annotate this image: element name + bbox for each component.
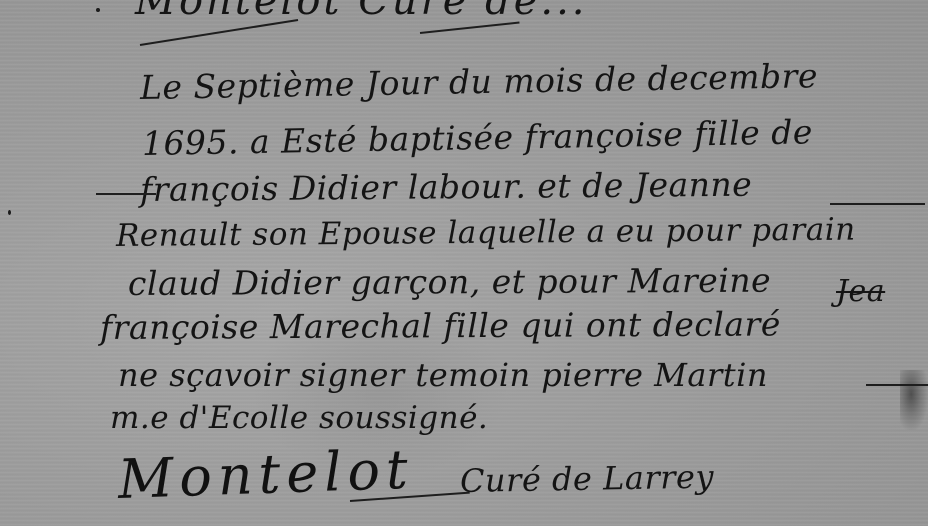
record-line-6: françoise Marechal fille qui ont declaré: [100, 304, 781, 347]
ink-blot: [900, 370, 928, 430]
document-scan: Montelot Curé de... Le Septième Jour du …: [0, 0, 928, 526]
line-filler: [830, 203, 925, 205]
ink-dot: [96, 8, 100, 12]
record-line-4: Renault son Epouse laquelle a eu pour pa…: [116, 212, 856, 254]
record-line-3: françois Didier labour. et de Jeanne: [140, 165, 753, 209]
signature-title: Curé de Larrey: [460, 458, 715, 500]
record-line-7: ne sçavoir signer temoin pierre Martin: [118, 356, 768, 394]
line-filler: [866, 384, 928, 386]
record-line-8: m.e d'Ecolle soussigné.: [110, 400, 488, 436]
record-line-5: claud Didier garçon, et pour Mareine: [128, 261, 771, 303]
record-line-2: 1695. a Esté baptisée françoise fille de: [142, 112, 814, 163]
struck-word: Jea: [836, 274, 885, 309]
ink-dot: [8, 210, 11, 215]
line-filler: [96, 193, 156, 195]
record-line-1: Le Septième Jour du mois de decembre: [140, 56, 819, 107]
top-fragment: Montelot Curé de...: [135, 0, 588, 24]
